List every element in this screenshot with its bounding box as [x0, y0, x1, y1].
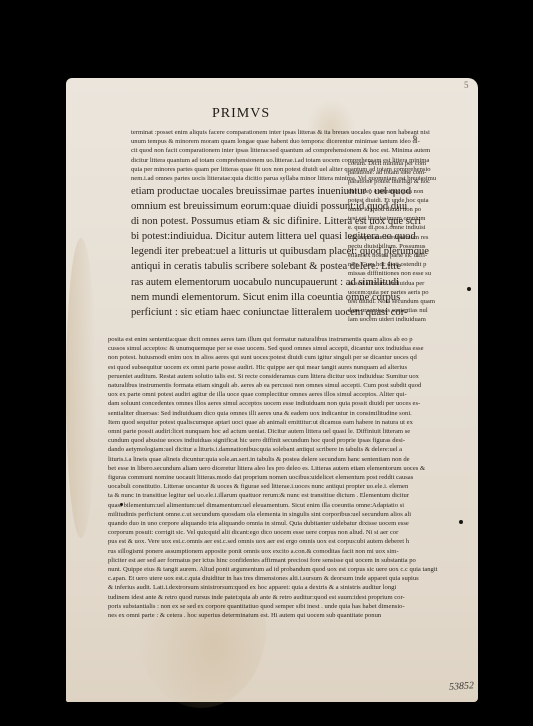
text-line: paratione: ad totam sine com- — [348, 168, 464, 177]
text-line: c.apan. Et uero utere uox est.c.quia diu… — [108, 574, 468, 583]
text-line: bile reputatur breuissimum res — [348, 233, 464, 242]
text-line: posita est enim sententia:quae dicit omn… — [108, 335, 468, 344]
main-text: etiam productae uocales breuissimae part… — [131, 184, 345, 320]
text-line: pliciter est aer sed aer formatus per ic… — [108, 556, 468, 565]
text-line: tudinem idest ante & retro quod rursus i… — [108, 593, 468, 602]
text-line: uocem:quia per partes aeris po — [348, 288, 464, 297]
folio-number: 5 — [464, 80, 469, 90]
text-line: cussos simul acceptos: & unumquemque per… — [108, 344, 468, 353]
text-line: sentialiter diuersas: Sed indiuiduam dic… — [108, 409, 468, 418]
text-line: as sed aliorum. indiuidua per — [348, 279, 464, 288]
text-line: perficiunt : sic etiam haec coniunctae l… — [131, 305, 345, 320]
text-line: corum. Dicit minima per com — [348, 159, 464, 168]
text-line: nire. Cum hoc dicit ostendit p — [348, 260, 464, 269]
text-line: poris substantialis : non ex se sed ex c… — [108, 602, 468, 611]
text-line: duel ideo e minima:quia non — [348, 187, 464, 196]
text-line: legendi iter prebeat:uel a litturis ut q… — [131, 244, 345, 259]
ink-spot — [120, 503, 123, 506]
text-line: nunt. Quippe eius & tangit aurem. Aliud … — [108, 565, 468, 574]
text-line: cit quod non facit comparationem inter i… — [131, 146, 466, 155]
text-line: uocabuli constitutio. Litterae uocantur … — [108, 482, 468, 491]
text-line: lituris.i.a lineis quae alineis dicuntur… — [108, 455, 468, 464]
running-header: PRIMVS — [212, 106, 270, 122]
text-line: di non potest. Possumus etiam & sic difi… — [131, 214, 345, 229]
text-line: quasi bilementum:uel alimentum:uel dimam… — [108, 501, 468, 510]
text-line: dam praemissas sententias nul — [348, 306, 464, 315]
text-line: lam uocem uideri indiuiduam — [348, 315, 464, 324]
text-line: etiam ex nostra parte sic diffi- — [348, 251, 464, 260]
text-line: perueniet auditum. Restat autem solutio … — [108, 372, 468, 381]
edge-discoloration — [66, 238, 96, 538]
text-line: test diuidi. Nota secundum quam — [348, 297, 464, 306]
text-line: pus est & uox. Vere uox est.c.omnis aer … — [108, 537, 468, 546]
text-line: rus sillogismi ponere assumptionem appos… — [108, 547, 468, 556]
text-line: est quod subsequitur uocem ex omni parte… — [108, 363, 468, 372]
text-line: dando aetymologiam:uel dicitur a lituris… — [108, 445, 468, 454]
text-line: dam soluunt concedentes omnes illos aere… — [108, 399, 468, 408]
ink-spot — [459, 520, 463, 524]
text-line: unum tempus & minorem moram quam longae … — [131, 137, 466, 146]
text-line: nem mundi elementorum. Sicut enim illa c… — [131, 290, 345, 305]
text-line: ta & nunc in transitiue legitur uel uo.e… — [108, 491, 468, 500]
ink-spot — [467, 287, 471, 291]
inventory-number: 53852 — [449, 680, 475, 693]
text-line: cundum quod abusiue uoces indiuiduas sig… — [108, 436, 468, 445]
text-line: quando duo in uno corpore aliquando tria… — [108, 519, 468, 528]
text-line: test est breuissimum omnium — [348, 214, 464, 223]
text-line: omne id quod diuidi non po — [348, 205, 464, 214]
bottom-commentary: posita est enim sententia:quae dicit omn… — [108, 335, 468, 620]
text-line: paratione potest intelligi & hoc — [348, 177, 464, 186]
text-line: uox ex parte omni potest audiri agitur d… — [108, 390, 468, 399]
text-line: etiam productae uocales breuissimae part… — [131, 184, 345, 199]
text-line: figuras communi nomine uocauit litteras.… — [108, 473, 468, 482]
text-line: terminat :posset enim aliquis facere com… — [131, 128, 466, 137]
text-line: naturalibus instrumentis formata etiam s… — [108, 381, 468, 390]
text-line: bi potest:indiuidua. Dicitur autem litte… — [131, 229, 345, 244]
text-line: ras autem elementorum uocabulo nuncupaue… — [131, 275, 345, 290]
text-line: omnium est breuissimum eorum:quae diuidi… — [131, 199, 345, 214]
text-line: omni parte possit audiri:licet nunquam h… — [108, 427, 468, 436]
text-line: non potest. huiusmodi enim uox in alios … — [108, 353, 468, 362]
text-line: corporum posuit: corrigit sic. Vel quicq… — [108, 528, 468, 537]
text-line: bet esse in libero.secundum aliam uero d… — [108, 464, 468, 473]
text-line: antiqui in ceratis tabulis scribere sole… — [131, 259, 345, 274]
text-line: e. quae di.pos.i.omne indiuisi — [348, 223, 464, 232]
side-commentary: corum. Dicit minima per com paratione: a… — [348, 159, 464, 325]
text-line: nes ex omni parte : & cetera . hoc super… — [108, 611, 468, 620]
text-line: potest diuidi. Et unde hoc quia — [348, 196, 464, 205]
text-line: pectu diuisibilium. Possumus — [348, 242, 464, 251]
text-line: missas diffinitiones non esse su — [348, 269, 464, 278]
text-line: & inferius audit. Lati.i.dextrorsum sini… — [108, 583, 468, 592]
text-line: militudinis perficiunt omne.c.ut secundu… — [108, 510, 468, 519]
text-line: Item quod sequitur potest qualiscumque a… — [108, 418, 468, 427]
